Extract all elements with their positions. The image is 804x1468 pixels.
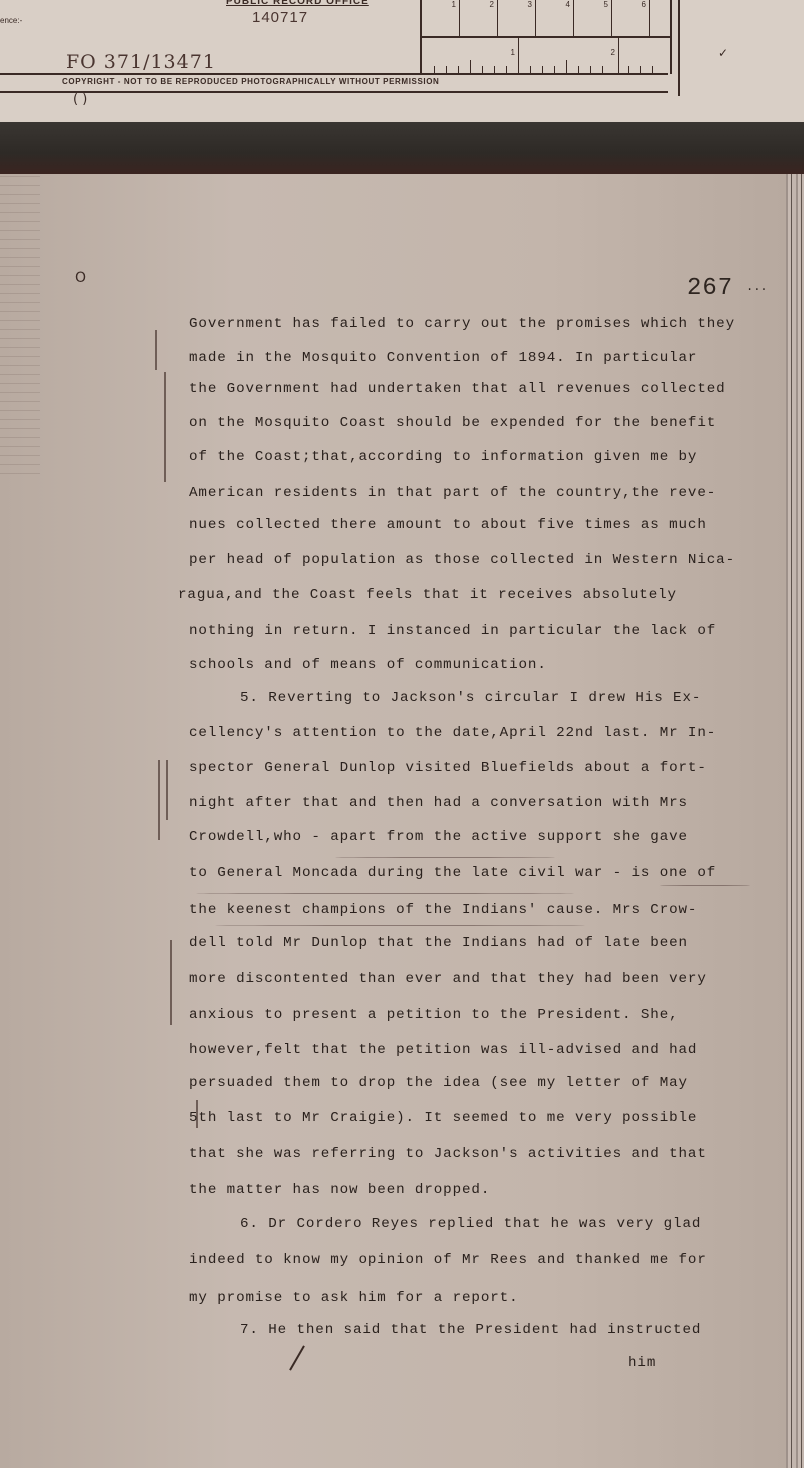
- record-office-header: PUBLIC RECORD OFFICE 140717 ence:- FO 37…: [0, 0, 804, 122]
- text-line: nothing in return. I instanced in partic…: [189, 623, 716, 639]
- ruler-label: 6: [642, 0, 646, 9]
- pencil-underline: [195, 893, 575, 894]
- ruler-label: 5: [604, 0, 608, 9]
- margin-pencil-mark: [158, 760, 160, 840]
- text-line: the Government had undertaken that all r…: [189, 381, 726, 397]
- page-margin-speckle: [0, 174, 40, 474]
- ruler-cm-cell: 1: [422, 0, 460, 36]
- text-line: cellency's attention to the date,April 2…: [189, 725, 716, 741]
- text-line: to General Moncada during the late civil…: [189, 865, 716, 881]
- text-line: the matter has now been dropped.: [189, 1182, 490, 1198]
- margin-pencil-mark: [170, 940, 172, 1025]
- folio-dots: ...: [746, 280, 768, 294]
- pencil-underline: [335, 857, 555, 858]
- text-line: ragua,and the Coast feels that it receiv…: [178, 587, 677, 603]
- pencil-underline: [660, 885, 750, 886]
- text-line: per head of population as those collecte…: [189, 552, 735, 568]
- text-line: persuaded them to drop the idea (see my …: [189, 1075, 688, 1091]
- text-line: schools and of means of communication.: [189, 657, 547, 673]
- text-line: Crowdell,who - apart from the active sup…: [189, 829, 688, 845]
- document-photo: PUBLIC RECORD OFFICE 140717 ence:- FO 37…: [0, 0, 804, 1468]
- pencil-underline: [215, 925, 585, 926]
- check-mark-icon: ✓: [718, 46, 728, 60]
- text-line: the keenest champions of the Indians' ca…: [189, 902, 697, 918]
- reference-label: ence:-: [0, 16, 22, 25]
- catchword: him: [628, 1355, 656, 1371]
- copyright-notice: COPYRIGHT - NOT TO BE REPRODUCED PHOTOGR…: [62, 77, 439, 86]
- paragraph-6-start: 6. Dr Cordero Reyes replied that he was …: [240, 1216, 701, 1232]
- ruler-cm-cell: 4: [535, 0, 574, 36]
- office-number: 140717: [252, 9, 308, 26]
- punch-hole-icon: O: [75, 270, 86, 286]
- text-line: that she was referring to Jackson's acti…: [189, 1146, 707, 1162]
- ruler-label: 1: [511, 48, 515, 57]
- ruler-cm-scale: 1 2 3 4 5 6: [422, 0, 670, 38]
- text-line: 5th last to Mr Craigie). It seemed to me…: [189, 1110, 697, 1126]
- binding-shadow-band: [0, 122, 804, 174]
- ruler-cm-cell: 5: [573, 0, 612, 36]
- margin-pencil-mark: [164, 372, 166, 482]
- page-stack-edge: [786, 174, 804, 1468]
- ruler-cm-cell: 3: [497, 0, 536, 36]
- file-reference: FO 371/13471: [66, 51, 216, 73]
- text-line: my promise to ask him for a report.: [189, 1290, 519, 1306]
- measurement-ruler: 1 2 3 4 5 6 1 2: [420, 0, 672, 74]
- margin-pencil-mark: [166, 760, 168, 820]
- ruler-tick: [470, 60, 471, 74]
- text-line: more discontented than ever and that the…: [189, 971, 707, 987]
- text-line: anxious to present a petition to the Pre…: [189, 1007, 679, 1023]
- copyright-bar: COPYRIGHT - NOT TO BE REPRODUCED PHOTOGR…: [0, 73, 668, 93]
- text-line: nues collected there amount to about fiv…: [189, 517, 707, 533]
- text-line: on the Mosquito Coast should be expended…: [189, 415, 716, 431]
- text-line: however,felt that the petition was ill-a…: [189, 1042, 697, 1058]
- text-line: American residents in that part of the c…: [189, 485, 716, 501]
- header-divider: [678, 0, 680, 96]
- text-line: night after that and then had a conversa…: [189, 795, 688, 811]
- ruler-cm-cell: 6: [611, 0, 650, 36]
- text-line: indeed to know my opinion of Mr Rees and…: [189, 1252, 707, 1268]
- ruler-inch-cell: 2: [518, 38, 619, 74]
- ruler-label: 4: [566, 0, 570, 9]
- text-line: Government has failed to carry out the p…: [189, 316, 735, 332]
- bracket-mark: ( ): [73, 92, 87, 107]
- ruler-inch-scale: 1 2: [422, 38, 670, 74]
- folio-number: 267: [687, 275, 733, 302]
- ruler-label: 1: [452, 0, 456, 9]
- paragraph-5-start: 5. Reverting to Jackson's circular I dre…: [240, 690, 701, 706]
- text-line: dell told Mr Dunlop that the Indians had…: [189, 935, 688, 951]
- ruler-tick: [566, 60, 567, 74]
- paragraph-7-start: 7. He then said that the President had i…: [240, 1322, 701, 1338]
- text-line: of the Coast;that,according to informati…: [189, 449, 697, 465]
- office-label: PUBLIC RECORD OFFICE: [226, 0, 369, 7]
- ruler-label: 2: [490, 0, 494, 9]
- margin-pencil-mark: [155, 330, 157, 370]
- text-line: spector General Dunlop visited Bluefield…: [189, 760, 707, 776]
- typescript-page: [0, 174, 786, 1468]
- text-line: made in the Mosquito Convention of 1894.…: [189, 350, 697, 366]
- ruler-cm-cell: 2: [459, 0, 498, 36]
- ruler-label: 2: [611, 48, 615, 57]
- ruler-label: 3: [528, 0, 532, 9]
